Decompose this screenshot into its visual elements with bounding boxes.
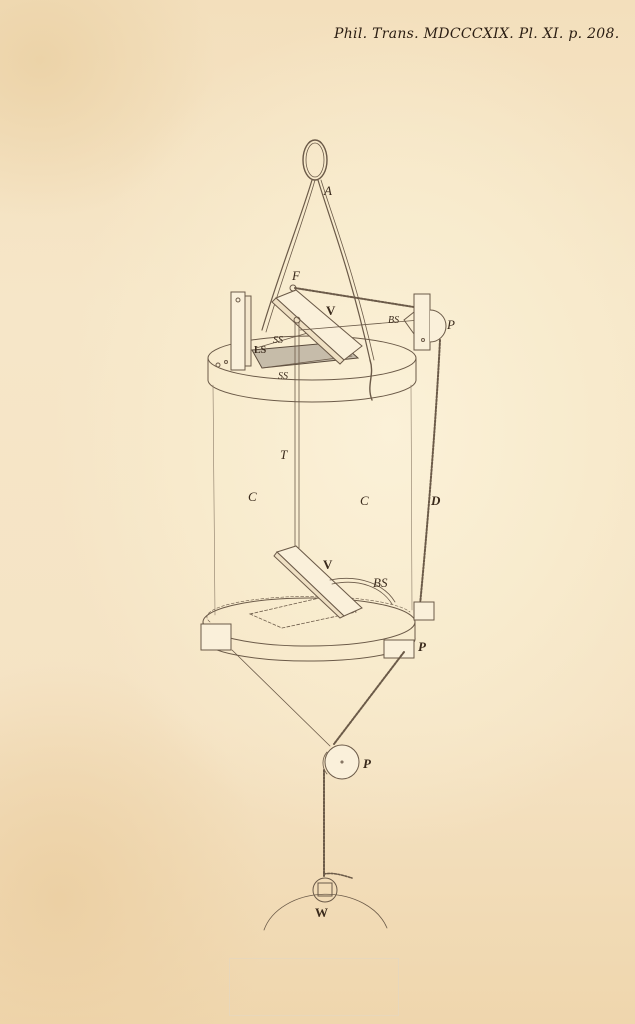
label-BS-bottom: BS [373, 576, 387, 589]
faded-stamp [229, 958, 399, 1016]
engraved-plate: Phil. Trans. MDCCCXIX. Pl. XI. p. 208. [0, 0, 635, 1024]
label-P-disc: P [418, 640, 426, 653]
label-T: T [280, 448, 287, 461]
label-W: W [315, 906, 328, 919]
label-C-right: C [360, 494, 369, 507]
label-V-bottom: V [323, 558, 332, 571]
weight [264, 878, 387, 930]
pulley [323, 745, 359, 779]
label-C-left: C [248, 490, 257, 503]
label-SS-lower: SS [278, 372, 288, 382]
label-P-pulley: P [363, 757, 371, 770]
label-SS-upper: SS [273, 336, 283, 346]
label-BS-top: BS [388, 316, 399, 326]
label-P-top: P [447, 318, 455, 331]
bottom-disc [201, 596, 434, 661]
label-A: A [324, 184, 332, 197]
label-D: D [431, 494, 440, 507]
left-post [216, 292, 251, 370]
lower-cords [232, 650, 404, 746]
label-V-top: V [326, 304, 335, 317]
rope-D [420, 340, 440, 605]
apparatus-drawing [0, 0, 635, 1024]
label-F: F [292, 269, 300, 282]
label-LS: LS [254, 346, 266, 356]
